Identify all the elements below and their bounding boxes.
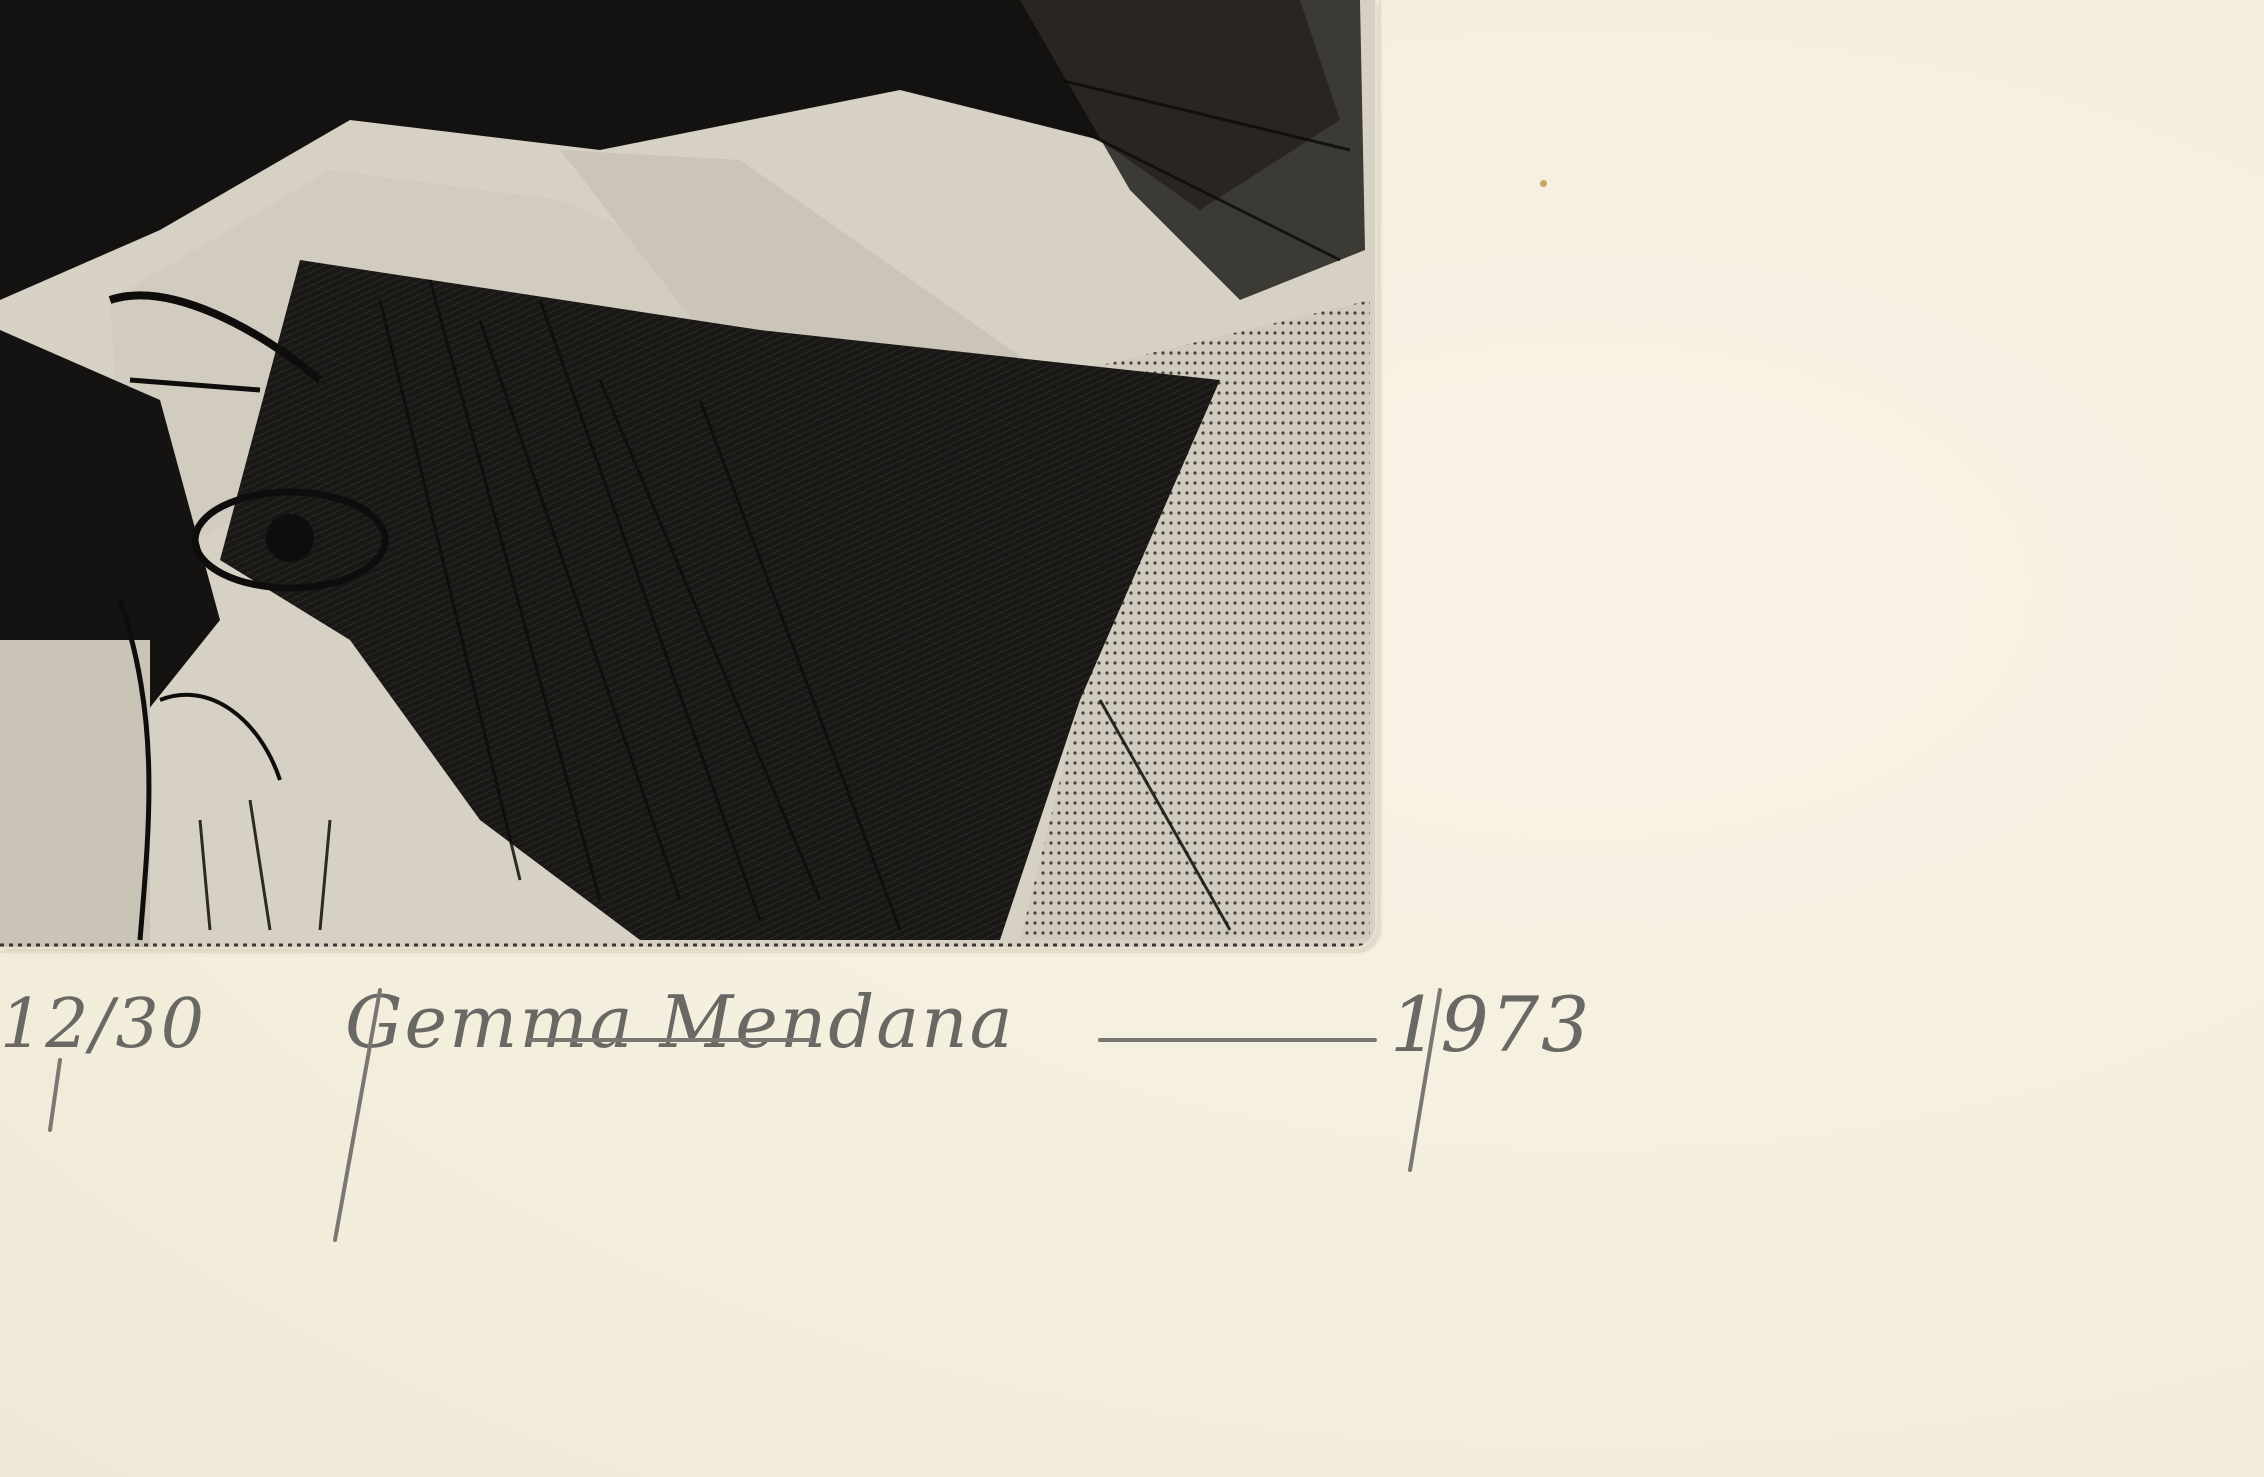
edition-number: 12/30 [0, 985, 206, 1064]
artist-signature: Gemma Mendana [345, 980, 1015, 1064]
etching-image [0, 0, 1375, 947]
foxing-spot [1540, 180, 1547, 187]
etching-plate [0, 0, 1375, 947]
signature-year: 1973 [1390, 980, 1591, 1069]
